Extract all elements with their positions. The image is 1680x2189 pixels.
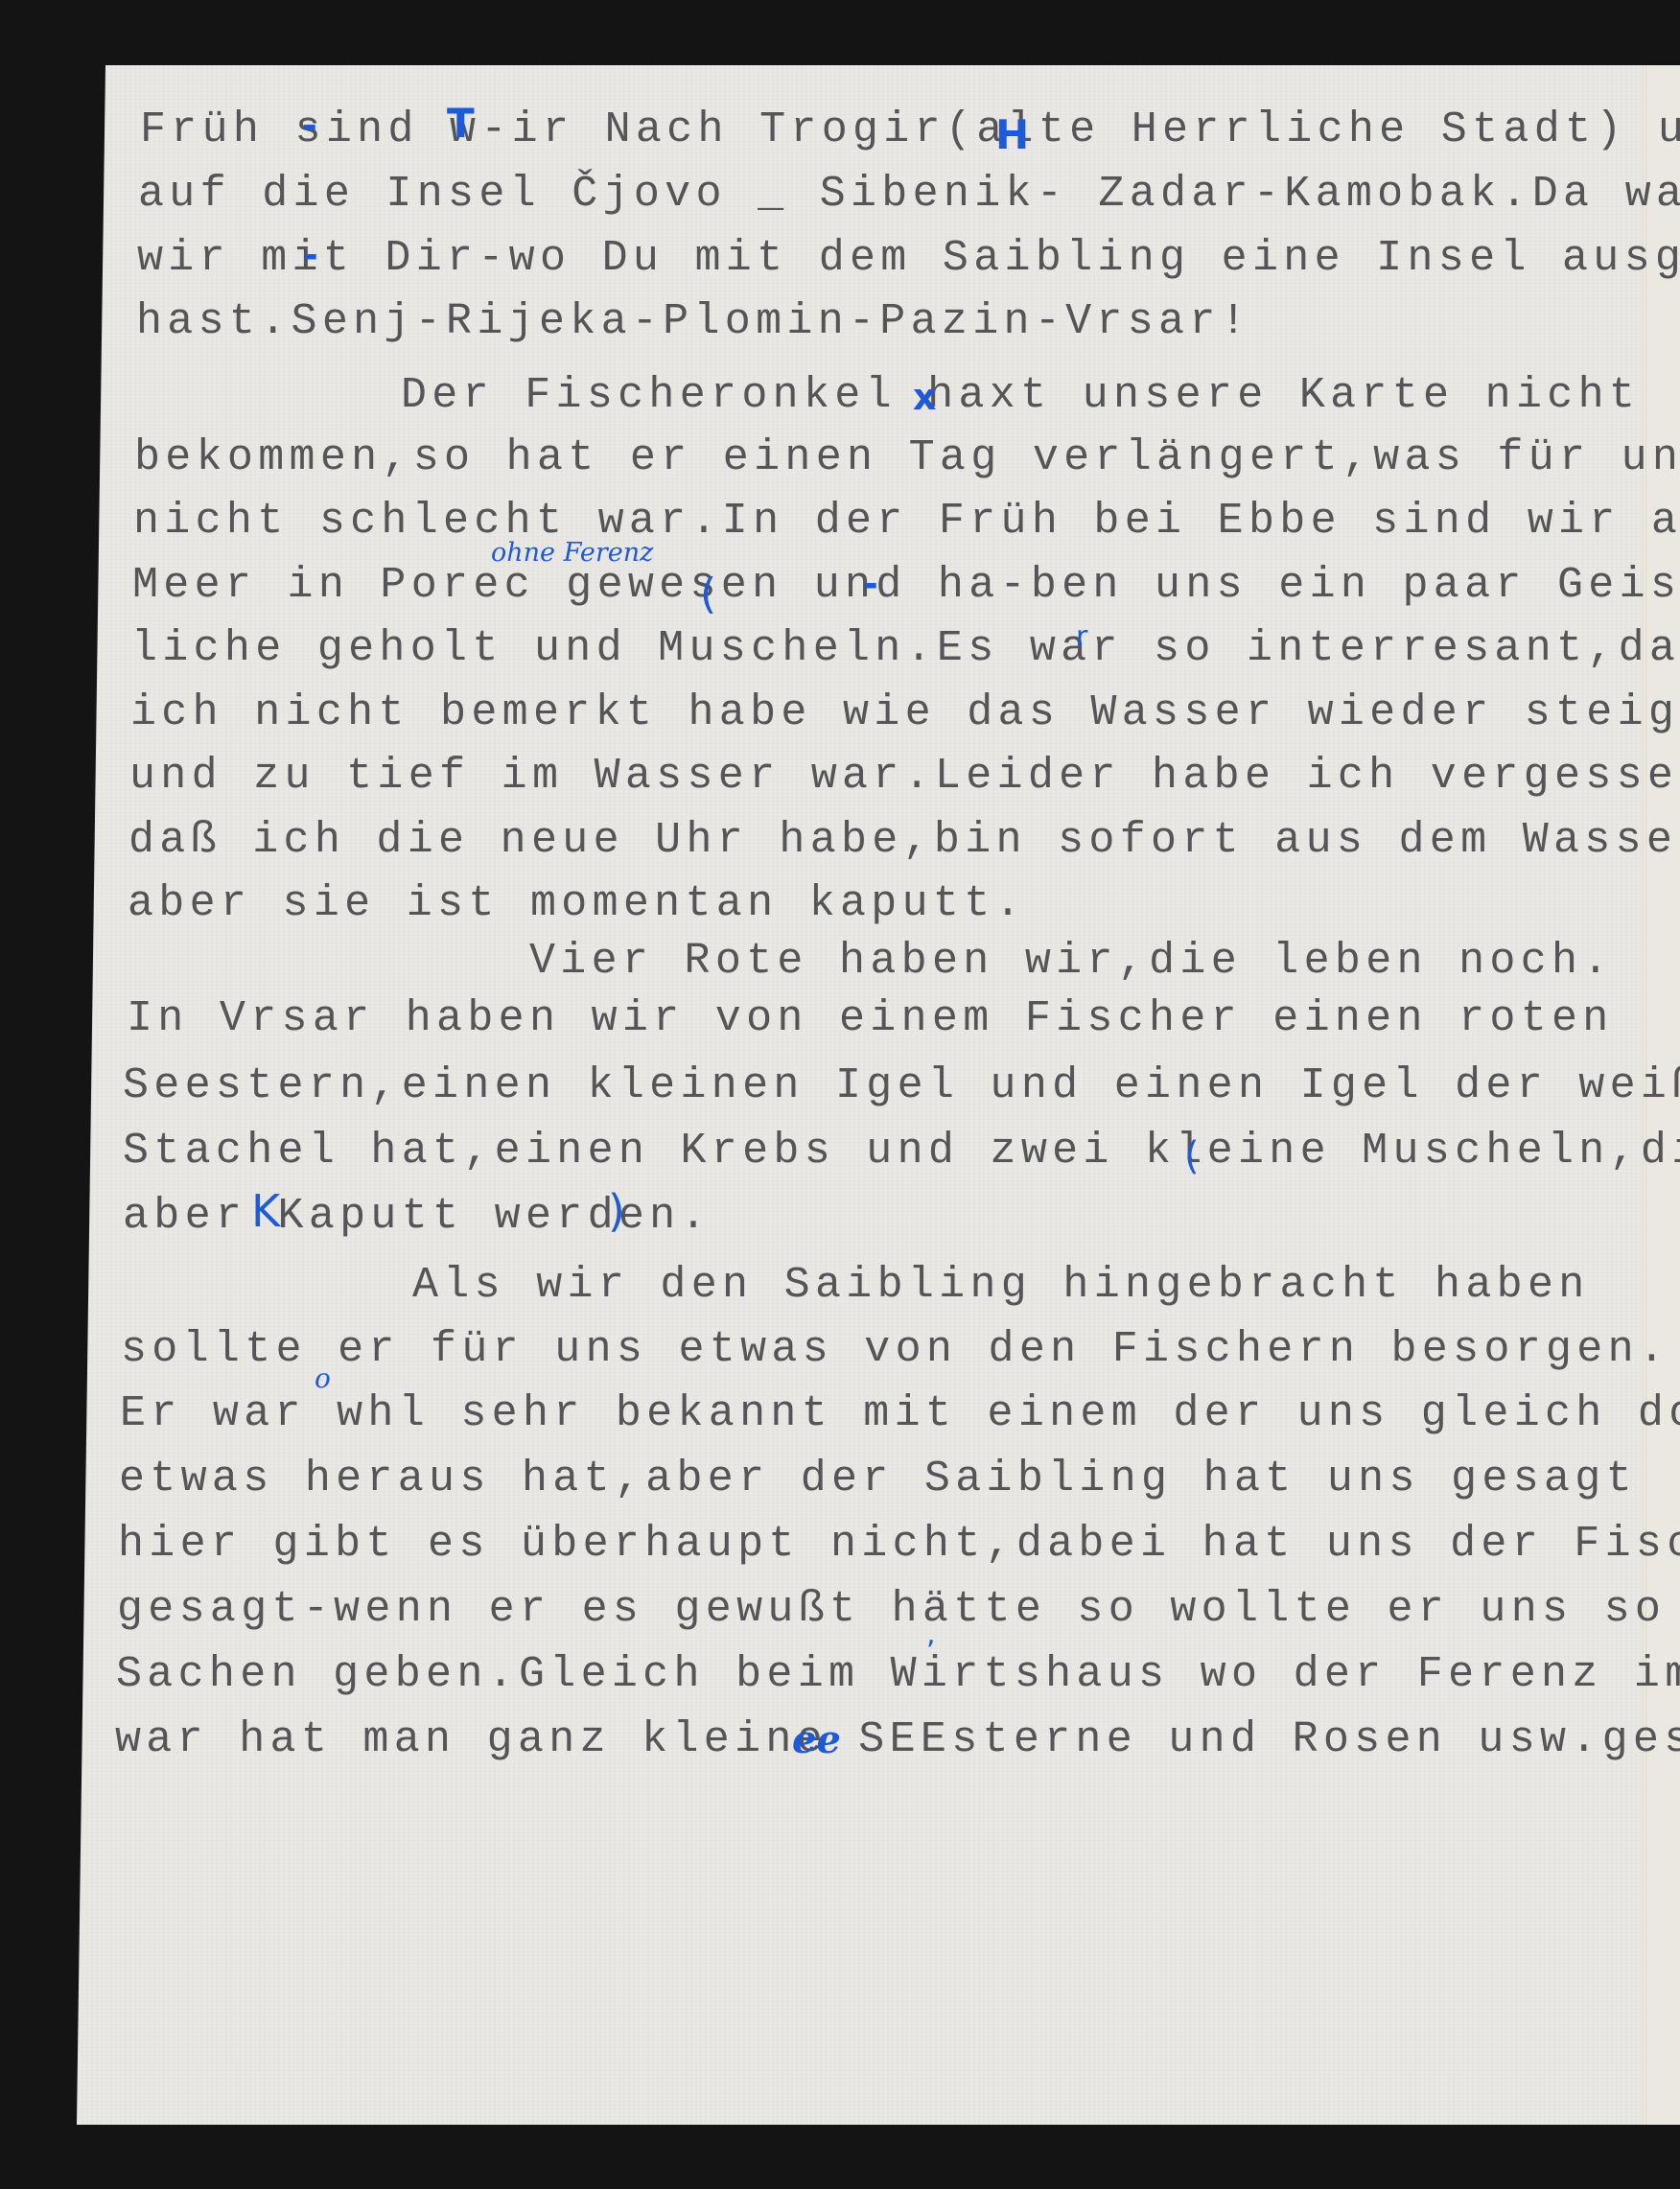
annotation-ohne-ferenz: ohne Ferenz (491, 540, 653, 566)
text-line: Früh sind w-ir Nach Trogir(alte Herrlich… (140, 108, 1680, 151)
annotation-hyphen: - (302, 107, 317, 144)
annotation-comma: , (926, 1620, 936, 1649)
annotation-o-insert: o (315, 1365, 331, 1392)
annotation-close-bracket: ) (608, 1189, 625, 1233)
text-line: wir mit Dir-wo Du mit dem Saibling eine … (137, 237, 1680, 280)
text-line: und zu tief im Wasser war.Leider habe ic… (129, 755, 1680, 798)
text-line: Er war whl sehr bekannt mit einem der un… (120, 1392, 1680, 1435)
text-line: auf die Insel Čjovo _ Sibenik- Zadar-Kam… (138, 173, 1680, 216)
annotation-open-bracket: ( (1184, 1137, 1200, 1176)
text-line: Meer in Porec gewesen und ha-ben uns ein… (132, 564, 1680, 607)
text-line: gesagt-wenn er es gewußt hätte so wollte… (117, 1588, 1680, 1631)
text-line: sollte er für uns etwas von den Fischern… (121, 1328, 1669, 1371)
text-line: Als wir den Saibling hingebracht haben (412, 1264, 1590, 1307)
text-line: In Vrsar haben wir von einem Fischer ein… (127, 997, 1614, 1040)
annotation-ee: ee (792, 1721, 841, 1759)
text-line: Seestern,einen kleinen Igel und einen Ig… (123, 1064, 1680, 1107)
annotation-hyphen: - (303, 237, 318, 273)
text-line: Der Fischeronkel haxt unsere Karte nicht (401, 374, 1640, 417)
text-line: Sachen geben.Gleich beim Wirtshaus wo de… (116, 1653, 1680, 1696)
annotation-capital-k: K (251, 1189, 280, 1233)
text-line: daß ich die neue Uhr habe,bin sofort aus… (128, 819, 1680, 862)
annotation-r-mark: r (1076, 623, 1087, 652)
text-line: war hat man ganz kleine SEEsterne und Ro… (115, 1718, 1680, 1761)
text-line: ich nicht bemerkt habe wie das Wasser wi… (130, 691, 1680, 734)
annotation-capital-t: T (447, 104, 475, 144)
text-line: etwas heraus hat,aber der Saibling hat u… (119, 1457, 1637, 1501)
text-line: hier gibt es überhaupt nicht,dabei hat u… (118, 1523, 1680, 1566)
text-line: liche geholt und Muscheln.Es war so inte… (131, 627, 1680, 670)
text-line: aber sie ist momentan kaputt. (128, 882, 1026, 925)
annotation-insertion-mark: ( (700, 573, 716, 616)
text-line: nicht schlecht war.In der Früh bei Ebbe … (133, 500, 1680, 543)
annotation-strike-x: x (913, 379, 937, 415)
annotation-capital-h: H (995, 115, 1029, 155)
text-line: Stachel hat,einen Krebs und zwei kleine … (123, 1129, 1680, 1173)
text-line: hast.Senj-Rijeka-Plomin-Pazin-Vrsar! (136, 300, 1251, 343)
text-line: bekommen,so hat er einen Tag verlängert,… (134, 436, 1680, 479)
annotation-hyphen: - (863, 566, 878, 602)
text-line: Vier Rote haben wir,die leben noch. (529, 940, 1614, 983)
